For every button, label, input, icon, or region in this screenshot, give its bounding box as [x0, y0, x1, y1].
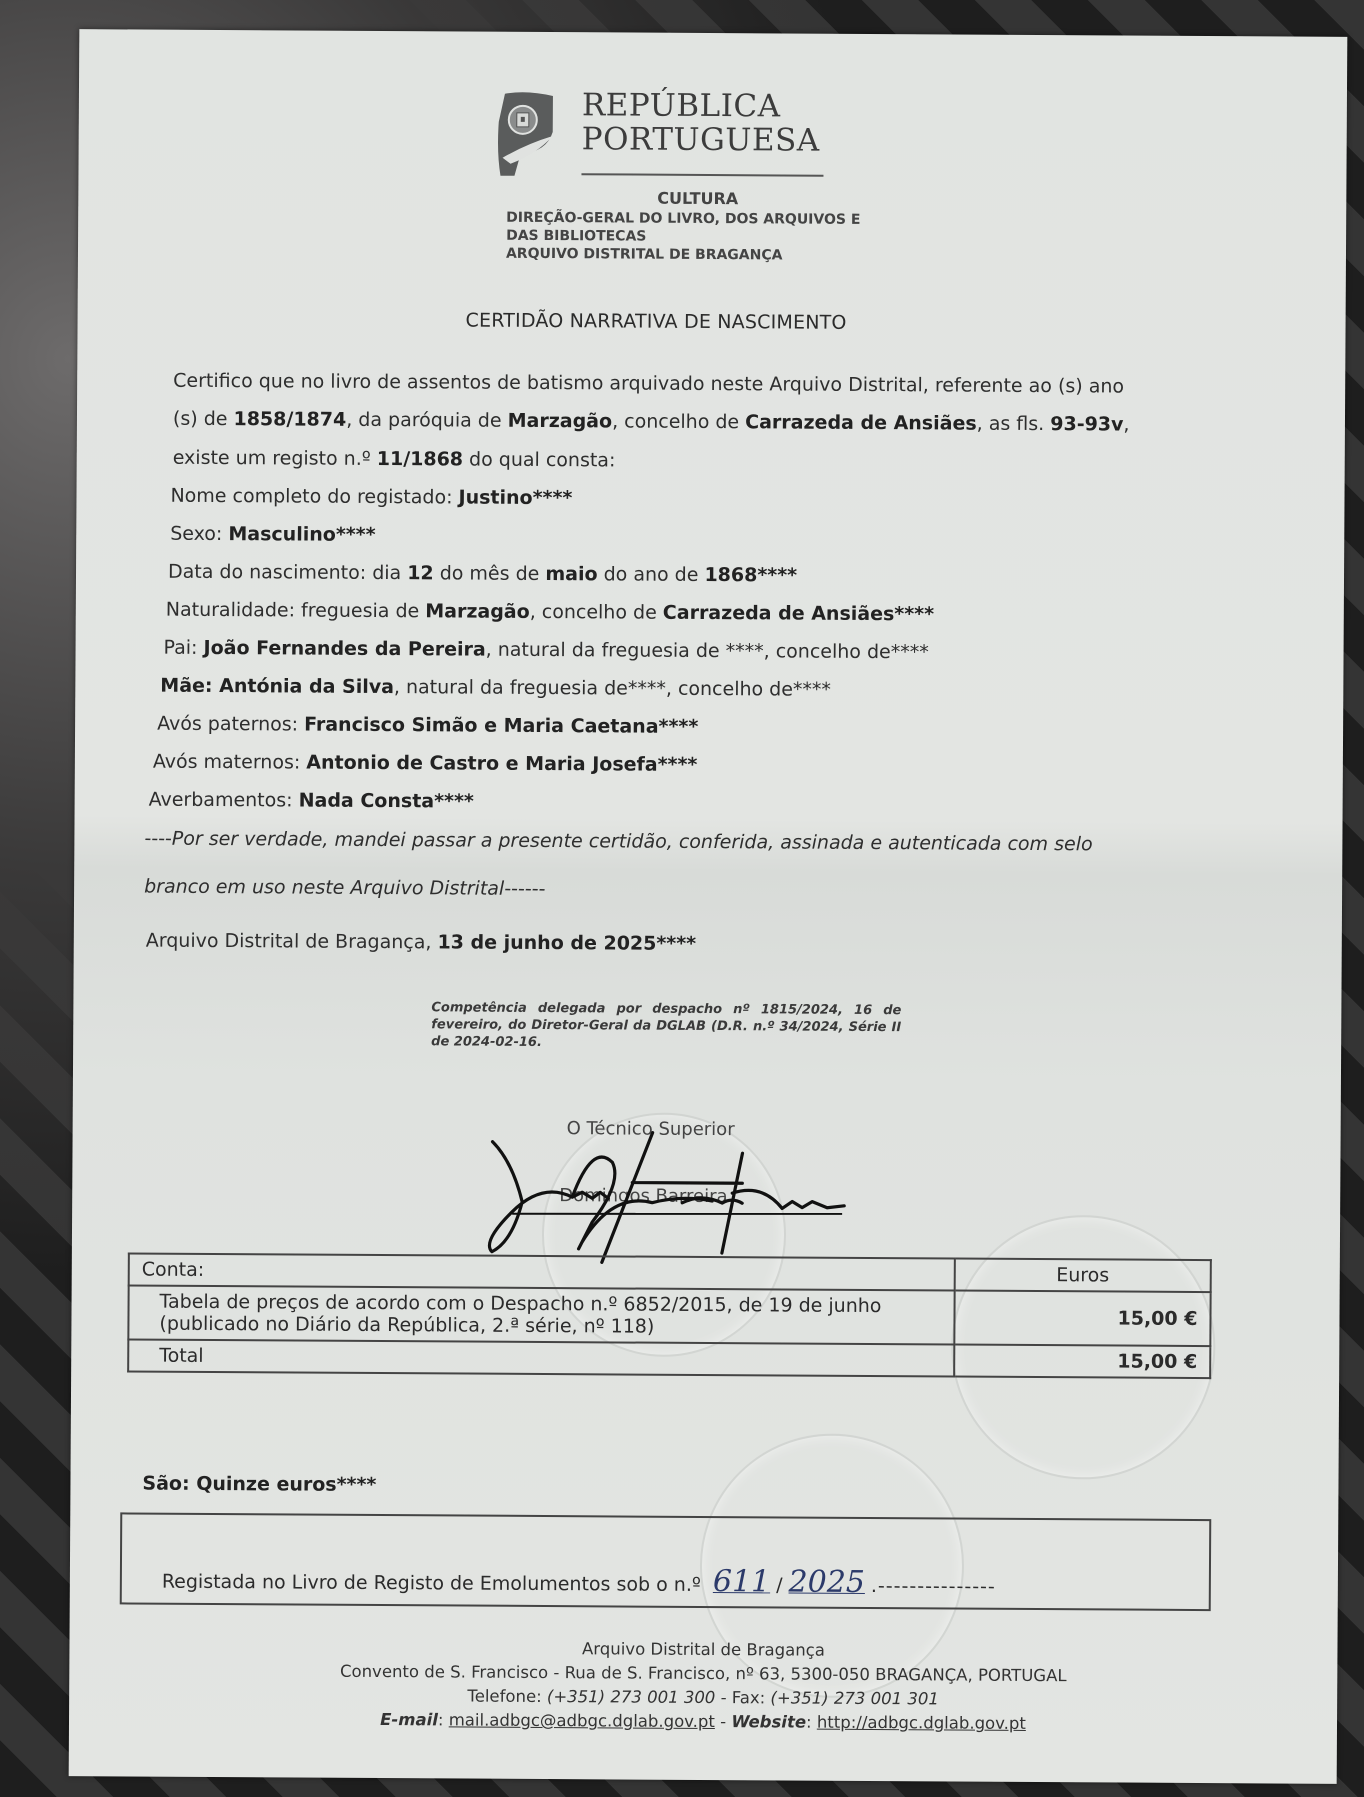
fees-table: Conta: Euros Tabela de preços de acordo … — [127, 1252, 1212, 1379]
fee-total-label: Total — [128, 1339, 954, 1376]
ministry-label: CULTURA — [582, 189, 860, 209]
text-fragment: , da paróquia de — [346, 409, 508, 432]
field-origin: Naturalidade: freguesia de Marzagão, con… — [166, 599, 934, 626]
text-fragment: , as fls. — [977, 413, 1051, 435]
text-fragment: (s) de — [173, 408, 234, 430]
field-value: Carrazeda de Ansiães**** — [663, 602, 934, 626]
fee-amount: 15,00 € — [954, 1291, 1210, 1347]
registry-year: 2025 — [782, 1564, 871, 1600]
birth-year: 1868**** — [704, 564, 797, 587]
registry-number: 611 — [707, 1564, 776, 1599]
archive-name: ARQUIVO DISTRITAL DE BRAGANÇA — [506, 245, 860, 265]
years-range: 1858/1874 — [233, 408, 346, 431]
field-label: Avós maternos: — [153, 751, 307, 774]
registry-separator: / — [776, 1574, 783, 1596]
parish-name: Marzagão — [508, 410, 613, 433]
registry-trailing: .--------------- — [871, 1575, 996, 1598]
directorate-line-1: DIREÇÃO-GERAL DO LIVRO, DOS ARQUIVOS E — [506, 209, 860, 229]
directorate-line-2: DAS BIBLIOTECAS — [506, 227, 860, 247]
closing-line-2: branco em uso neste Arquivo Distrital---… — [144, 876, 545, 900]
municipality-name: Carrazeda de Ansiães — [745, 411, 977, 434]
field-label: Data do nascimento: dia — [168, 561, 407, 584]
intro-line-2: (s) de 1858/1874, da paróquia de Marzagã… — [173, 408, 1130, 436]
text-fragment: , concelho de — [530, 601, 663, 624]
department-block: CULTURA DIREÇÃO-GERAL DO LIVRO, DOS ARQU… — [582, 189, 861, 265]
text-fragment: do mês de — [434, 562, 546, 585]
field-mother: Mãe: Antónia da Silva, natural da fregue… — [160, 675, 831, 701]
email-label: E-mail — [380, 1710, 438, 1729]
fee-description: Tabela de preços de acordo com o Despach… — [128, 1285, 954, 1344]
registry-line: Registada no Livro de Registo de Emolume… — [162, 1561, 996, 1601]
field-label: Nome completo do registado: — [170, 485, 458, 509]
folios: 93-93v — [1050, 413, 1123, 435]
record-number: 11/1868 — [377, 448, 463, 471]
field-label: Averbamentos: — [149, 789, 299, 812]
delegation-note: Competência delegada por despacho nº 181… — [431, 999, 901, 1053]
place-and-date: Arquivo Distrital de Bragança, 13 de jun… — [146, 930, 696, 955]
republica-portuguesa-emblem-icon — [496, 92, 555, 178]
birth-month: maio — [545, 563, 597, 585]
header-divider — [581, 173, 823, 176]
text-fragment: , natural da freguesia de ****, concelho… — [486, 639, 929, 664]
text-fragment: do ano de — [598, 563, 705, 586]
field-label: Mãe: — [160, 675, 219, 697]
field-label: Pai: — [164, 637, 204, 659]
birth-day: 12 — [407, 562, 434, 584]
field-birth-date: Data do nascimento: dia 12 do mês de mai… — [168, 561, 797, 587]
website-link[interactable]: http://adbgc.dglab.gov.pt — [817, 1713, 1026, 1733]
fee-total-amount: 15,00 € — [954, 1345, 1210, 1379]
text-fragment: do qual consta: — [463, 448, 615, 471]
republic-wordmark: REPÚBLICA PORTUGUESA — [582, 88, 820, 157]
email-link[interactable]: mail.adbgc@adbgc.dglab.gov.pt — [449, 1710, 715, 1731]
registry-box: Registada no Livro de Registo de Emolume… — [120, 1512, 1212, 1611]
field-paternal-grandparents: Avós paternos: Francisco Simão e Maria C… — [157, 713, 698, 738]
field-name: Nome completo do registado: Justino**** — [170, 485, 572, 509]
father-name: João Fernandes da Pereira — [203, 637, 485, 661]
amount-in-words-text: São: Quinze euros**** — [142, 1473, 376, 1496]
fax-label: - Fax: — [715, 1688, 770, 1707]
field-maternal-grandparents: Avós maternos: Antonio de Castro e Maria… — [153, 751, 698, 776]
text-fragment: , concelho de — [612, 410, 745, 433]
fax-number: (+351) 273 001 301 — [770, 1688, 939, 1708]
field-value: Antonio de Castro e Maria Josefa**** — [306, 752, 697, 776]
fees-header-currency: Euros — [955, 1259, 1211, 1293]
amount-in-words: São: Quinze euros**** — [142, 1473, 376, 1496]
republic-line-1: REPÚBLICA — [582, 88, 820, 123]
fees-header-label: Conta: — [129, 1253, 955, 1290]
mother-name: Antónia da Silva — [219, 675, 394, 698]
field-value: Nada Consta**** — [299, 789, 474, 812]
table-row: Total 15,00 € — [128, 1339, 1210, 1378]
footer: Arquivo Distrital de Bragança Convento d… — [69, 1634, 1338, 1738]
text-fragment: , natural da freguesia de****, concelho … — [394, 676, 831, 701]
field-value: Francisco Simão e Maria Caetana**** — [304, 714, 698, 738]
intro-line-3: existe um registo n.º 11/1868 do qual co… — [173, 447, 616, 472]
republic-line-2: PORTUGUESA — [582, 122, 820, 157]
field-value: Justino**** — [458, 486, 572, 509]
field-label: Naturalidade: freguesia de — [166, 599, 426, 623]
table-row: Tabela de preços de acordo com o Despach… — [128, 1285, 1210, 1346]
website-label: Website — [731, 1712, 806, 1731]
field-value: Marzagão — [425, 600, 530, 623]
issue-date: 13 de junho de 2025**** — [437, 931, 696, 955]
field-father: Pai: João Fernandes da Pereira, natural … — [164, 637, 929, 664]
field-sex: Sexo: Masculino**** — [170, 523, 375, 546]
text-fragment: existe um registo n.º — [173, 447, 377, 470]
phone-label: Telefone: — [467, 1687, 547, 1706]
intro-line-1: Certifico que no livro de assentos de ba… — [173, 370, 1124, 398]
handwritten-signature-icon — [482, 1122, 863, 1274]
document-title: CERTIDÃO NARRATIVA DE NASCIMENTO — [466, 310, 847, 334]
field-value: Masculino**** — [228, 523, 375, 546]
closing-line-1: ----Por ser verdade, mandei passar a pre… — [144, 828, 1092, 856]
place: Arquivo Distrital de Bragança, — [146, 930, 438, 954]
text-fragment: , — [1123, 414, 1129, 436]
registry-label: Registada no Livro de Registo de Emolume… — [162, 1571, 701, 1596]
field-label: Avós paternos: — [157, 713, 304, 736]
field-label: Sexo: — [170, 523, 228, 545]
certificate-paper: REPÚBLICA PORTUGUESA CULTURA DIREÇÃO-GER… — [69, 29, 1348, 1784]
phone-number: (+351) 273 001 300 — [547, 1687, 716, 1707]
field-annotations: Averbamentos: Nada Consta**** — [149, 789, 474, 813]
